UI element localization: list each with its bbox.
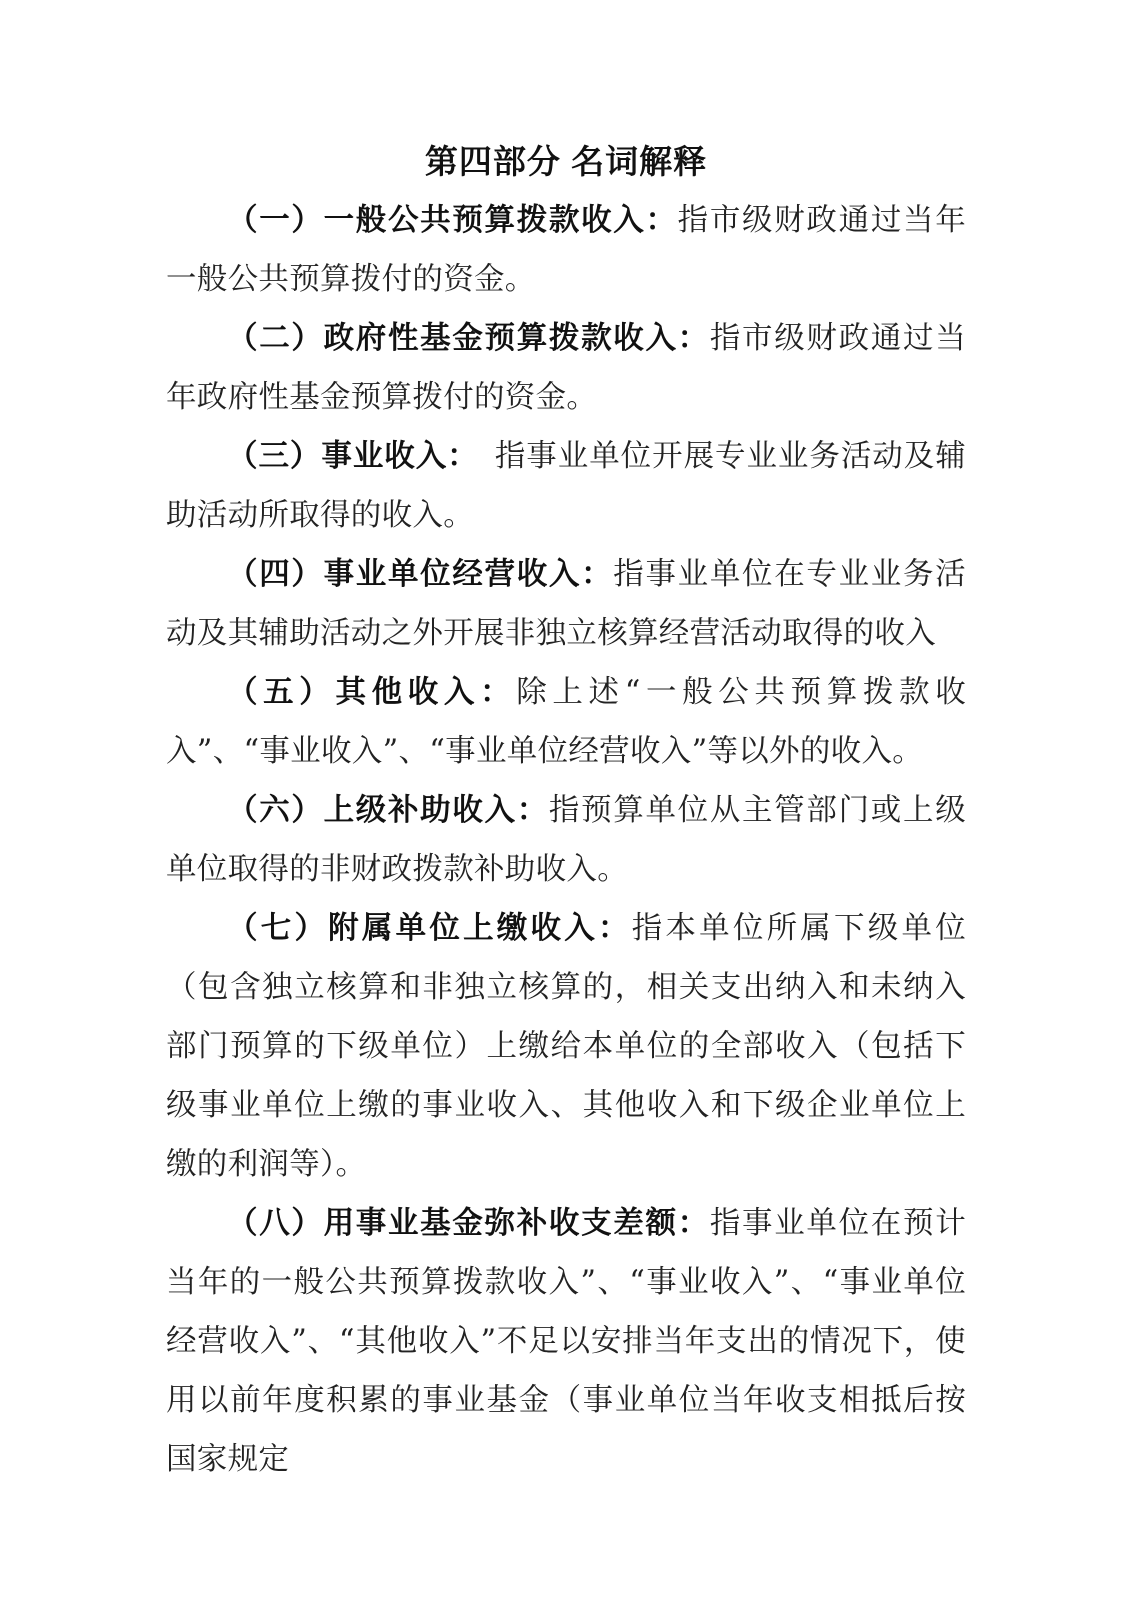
term-label-8: （八）用事业基金弥补收支差额： [227,1206,710,1240]
term-label-2: （二）政府性基金预算拨款收入： [227,321,710,355]
term-label-1: （一）一般公共预算拨款收入： [227,203,678,237]
definition-paragraph-1: （一）一般公共预算拨款收入：指市级财政通过当年一般公共预算拨付的资金。 [166,191,966,309]
term-label-7: （七）附属单位上缴收入： [227,911,632,945]
definition-paragraph-4: （四）事业单位经营收入：指事业单位在专业业务活动及其辅助活动之外开展非独立核算经… [166,545,966,663]
definition-paragraph-3: （三）事业收入： 指事业单位开展专业业务活动及辅助活动所取得的收入。 [166,427,966,545]
definition-paragraph-5: （五）其他收入：除上述“一般公共预算拨款收入”、“事业收入”、“事业单位经营收入… [166,663,966,781]
definition-paragraph-2: （二）政府性基金预算拨款收入：指市级财政通过当年政府性基金预算拨付的资金。 [166,309,966,427]
page-title: 第四部分 名词解释 [166,132,966,191]
definition-paragraph-8: （八）用事业基金弥补收支差额：指事业单位在预计当年的一般公共预算拨款收入”、“事… [166,1194,966,1489]
term-label-4: （四）事业单位经营收入： [227,557,613,591]
term-label-3: （三）事业收入： [227,439,463,473]
term-definition-8: 指事业单位在预计当年的一般公共预算拨款收入”、“事业收入”、“事业单位经营收入”… [166,1206,966,1477]
term-label-6: （六）上级补助收入： [227,793,549,827]
term-definition-7: 指本单位所属下级单位（包含独立核算和非独立核算的，相关支出纳入和未纳入部门预算的… [166,911,966,1182]
definition-paragraph-7: （七）附属单位上缴收入：指本单位所属下级单位（包含独立核算和非独立核算的，相关支… [166,899,966,1194]
term-label-5: （五）其他收入： [227,675,516,709]
definition-paragraph-6: （六）上级补助收入：指预算单位从主管部门或上级单位取得的非财政拨款补助收入。 [166,781,966,899]
document-page: 第四部分 名词解释 （一）一般公共预算拨款收入：指市级财政通过当年一般公共预算拨… [0,0,1131,1600]
